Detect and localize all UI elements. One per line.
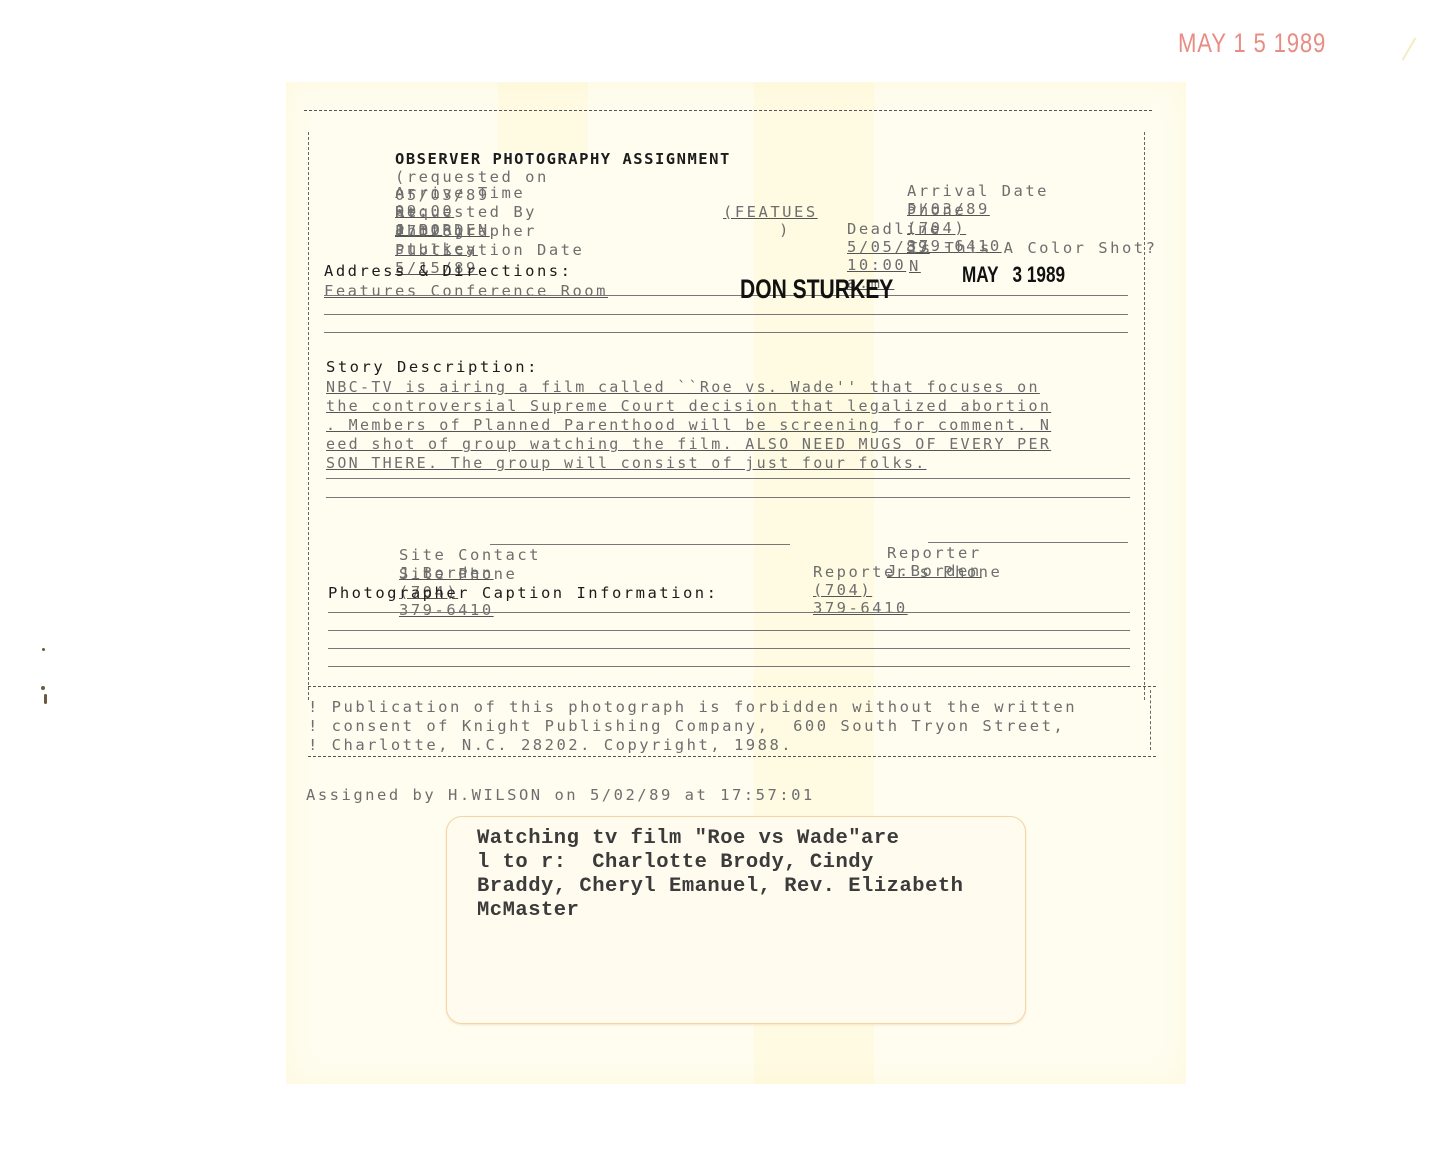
site-phone-number: 379-6410: [399, 601, 494, 619]
story-line: the controversial Supreme Court decision…: [326, 397, 1051, 415]
photographer-name-stamp: DON STURKEY: [740, 274, 893, 305]
assigned-date-stamp: MAY 3 1989: [962, 262, 1065, 288]
right-border: [1144, 132, 1145, 700]
assignment-sheet: OBSERVER PHOTOGRAPHY ASSIGNMENT (request…: [286, 82, 1186, 1084]
copyright-line: ! consent of Knight Publishing Company, …: [308, 717, 1065, 735]
address-label: Address & Directions:: [324, 262, 572, 280]
caption-card: Watching tv film "Roe vs Wade"are l to r…: [446, 816, 1026, 1024]
color-shot-value: N: [909, 257, 921, 275]
story-line: eed shot of group watching the film. ALS…: [326, 435, 1051, 453]
top-divider: [304, 110, 1152, 111]
copyright-line: ! Publication of this photograph is forb…: [308, 698, 1077, 716]
address-value: Features Conference Room: [324, 282, 608, 300]
story-line: . Members of Planned Parenthood will be …: [326, 416, 1051, 434]
reporter-phone-field: Reporter's Phone (704) 379-6410: [742, 545, 1002, 635]
left-border: [308, 132, 309, 700]
caption-text: Watching tv film "Roe vs Wade"are l to r…: [477, 827, 1037, 923]
story-line: NBC-TV is airing a film called ``Roe vs.…: [326, 378, 1040, 396]
received-date-stamp: MAY 1 5 1989: [1178, 28, 1326, 59]
copyright-line: ! Charlotte, N.C. 28202. Copyright, 1988…: [308, 736, 793, 754]
assigned-by: Assigned by H.WILSON on 5/02/89 at 17:57…: [306, 786, 815, 804]
pencil-tick-mark: [1402, 37, 1417, 61]
caption-info-label: Photographer Caption Information:: [328, 584, 718, 602]
reporter-phone-number: 379-6410: [813, 599, 908, 617]
story-description-label: Story Description:: [326, 358, 539, 376]
story-line: SON THERE. The group will consist of jus…: [326, 454, 927, 472]
edge-specks: [38, 648, 50, 708]
